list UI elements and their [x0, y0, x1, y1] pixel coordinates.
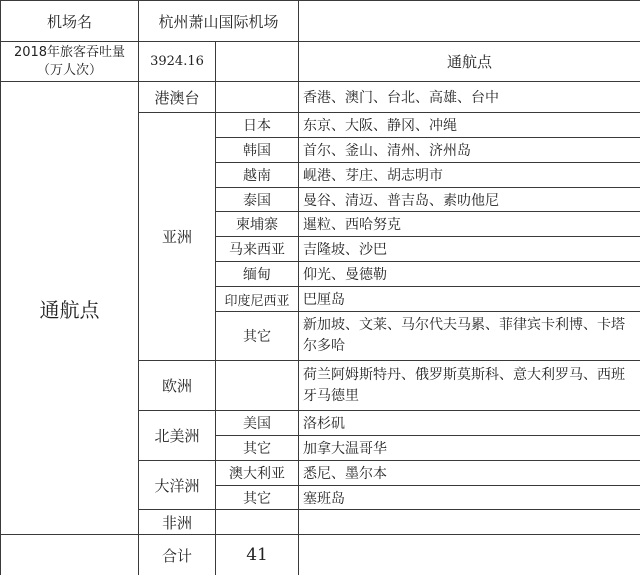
region-name: 北美洲: [139, 411, 216, 461]
cities-cell: 新加坡、文莱、马尔代夫马累、菲律宾卡利博、卡塔尔多哈: [299, 312, 640, 361]
country-cell: 马来西亚: [216, 237, 299, 262]
empty-cell: [216, 42, 299, 82]
throughput-value: 3924.16: [139, 42, 216, 82]
airport-name-row: 机场名 杭州萧山国际机场: [1, 1, 640, 42]
throughput-label-line1: 2018年旅客吞吐量: [1, 44, 138, 62]
country-cell: 缅甸: [216, 262, 299, 287]
cities-cell: 洛杉矶: [299, 411, 640, 436]
cities-cell: 岘港、芽庄、胡志明市: [299, 163, 640, 188]
empty-cell: [299, 1, 640, 42]
cities-cell: 暹粒、西哈努克: [299, 212, 640, 237]
throughput-label: 2018年旅客吞吐量 （万人次）: [1, 42, 139, 82]
country-cell: 其它: [216, 436, 299, 461]
total-row: 合计 41: [1, 535, 640, 575]
country-cell: [216, 82, 299, 113]
empty-cell: [1, 535, 139, 575]
section-label: 通航点: [1, 82, 139, 535]
country-cell: 美国: [216, 411, 299, 436]
country-cell: 泰国: [216, 188, 299, 212]
cities-cell: 巴厘岛: [299, 287, 640, 312]
cities-cell: 仰光、曼德勒: [299, 262, 640, 287]
country-cell: 澳大利亚: [216, 461, 299, 486]
airport-name-value: 杭州萧山国际机场: [139, 1, 299, 42]
region-name: 非洲: [139, 510, 216, 535]
empty-cell: [299, 535, 640, 575]
region-row-hmt: 通航点 港澳台 香港、澳门、台北、高雄、台中: [1, 82, 640, 113]
throughput-label-line2: （万人次）: [1, 62, 138, 80]
country-cell: 韩国: [216, 138, 299, 163]
country-cell: 印度尼西亚: [216, 287, 299, 312]
cities-cell: 首尔、釜山、清州、济州岛: [299, 138, 640, 163]
total-value: 41: [216, 535, 299, 575]
country-cell: [216, 361, 299, 411]
country-cell: [216, 510, 299, 535]
region-name: 欧洲: [139, 361, 216, 411]
cities-cell: 塞班岛: [299, 486, 640, 510]
destinations-column-header: 通航点: [299, 42, 640, 82]
throughput-row: 2018年旅客吞吐量 （万人次） 3924.16 通航点: [1, 42, 640, 82]
country-cell: 其它: [216, 486, 299, 510]
country-cell: 其它: [216, 312, 299, 361]
region-name: 亚洲: [139, 113, 216, 361]
cities-cell: 东京、大阪、静冈、冲绳: [299, 113, 640, 138]
cities-cell: [299, 510, 640, 535]
country-cell: 日本: [216, 113, 299, 138]
cities-cell: 曼谷、清迈、普吉岛、素叻他尼: [299, 188, 640, 212]
total-label: 合计: [139, 535, 216, 575]
cities-cell: 悉尼、墨尔本: [299, 461, 640, 486]
country-cell: 柬埔寨: [216, 212, 299, 237]
airport-destinations-table: 机场名 杭州萧山国际机场 2018年旅客吞吐量 （万人次） 3924.16 通航…: [0, 0, 640, 575]
cities-cell: 吉隆坡、沙巴: [299, 237, 640, 262]
cities-cell: 香港、澳门、台北、高雄、台中: [299, 82, 640, 113]
cities-cell: 荷兰阿姆斯特丹、俄罗斯莫斯科、意大利罗马、西班牙马德里: [299, 361, 640, 411]
country-cell: 越南: [216, 163, 299, 188]
cities-cell: 加拿大温哥华: [299, 436, 640, 461]
airport-name-label: 机场名: [1, 1, 139, 42]
region-name: 大洋洲: [139, 461, 216, 510]
region-name: 港澳台: [139, 82, 216, 113]
